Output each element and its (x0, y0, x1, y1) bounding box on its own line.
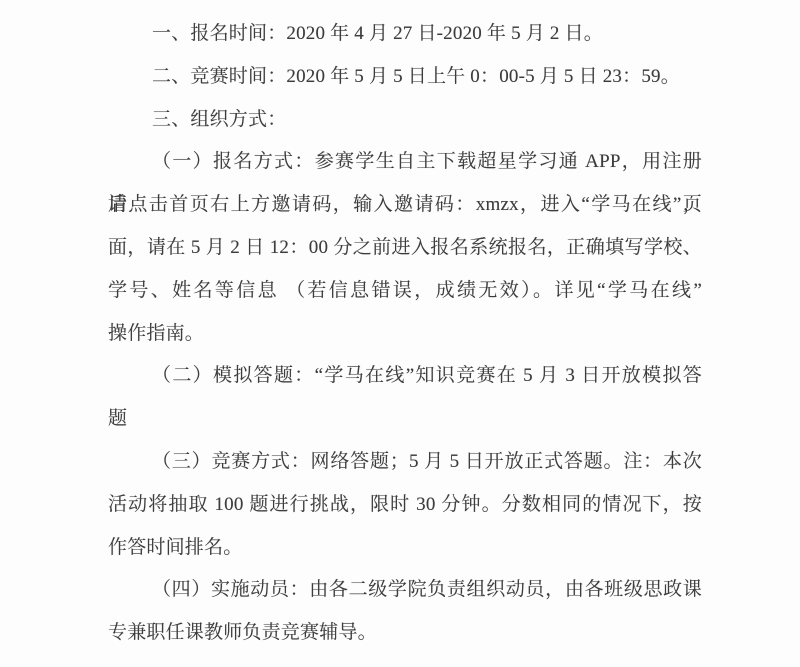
document-line-quiz-format-3: 作答时间排名。 (108, 527, 702, 570)
document-line-signup-method-4: 学号、姓名等信息 （若信息错误，成绩无效）。详见“学马在线” (108, 270, 702, 313)
document-line-signup-method-5: 操作指南。 (108, 313, 702, 356)
document-line-registration-time: 一、报名时间：2020 年 4 月 27 日-2020 年 5 月 2 日。 (108, 13, 702, 56)
document-page: 一、报名时间：2020 年 4 月 27 日-2020 年 5 月 2 日。 二… (0, 0, 800, 667)
document-line-competition-time: 二、竞赛时间：2020 年 5 月 5 日上午 0：00-5 月 5 日 23：… (108, 56, 702, 99)
document-line-mock-quiz-1: （二）模拟答题：“学马在线”知识竞赛在 5 月 3 日开放模拟答 (108, 355, 702, 398)
document-line-organization-header: 三、组织方式： (108, 99, 702, 142)
document-line-quiz-format-1: （三）竞赛方式：网络答题；5 月 5 日开放正式答题。注：本次 (108, 441, 702, 484)
document-line-signup-method-3: 面，请在 5 月 2 日 12：00 分之前进入报名系统报名，正确填写学校、 (108, 227, 702, 270)
document-line-mock-quiz-2: 题 (108, 398, 702, 441)
document-line-signup-method-1: （一）报名方式：参赛学生自主下载超星学习通 APP，用注册后， (108, 141, 702, 184)
document-line-quiz-format-2: 活动将抽取 100 题进行挑战，限时 30 分钟。分数相同的情况下，按 (108, 484, 702, 527)
document-line-mobilization-2: 专兼职任课教师负责竞赛辅导。 (108, 612, 702, 655)
document-line-signup-method-2: 请点击首页右上方邀请码，输入邀请码：xmzx，进入“学马在线”页 (108, 184, 702, 227)
document-line-mobilization-1: （四）实施动员：由各二级学院负责组织动员，由各班级思政课 (108, 569, 702, 612)
